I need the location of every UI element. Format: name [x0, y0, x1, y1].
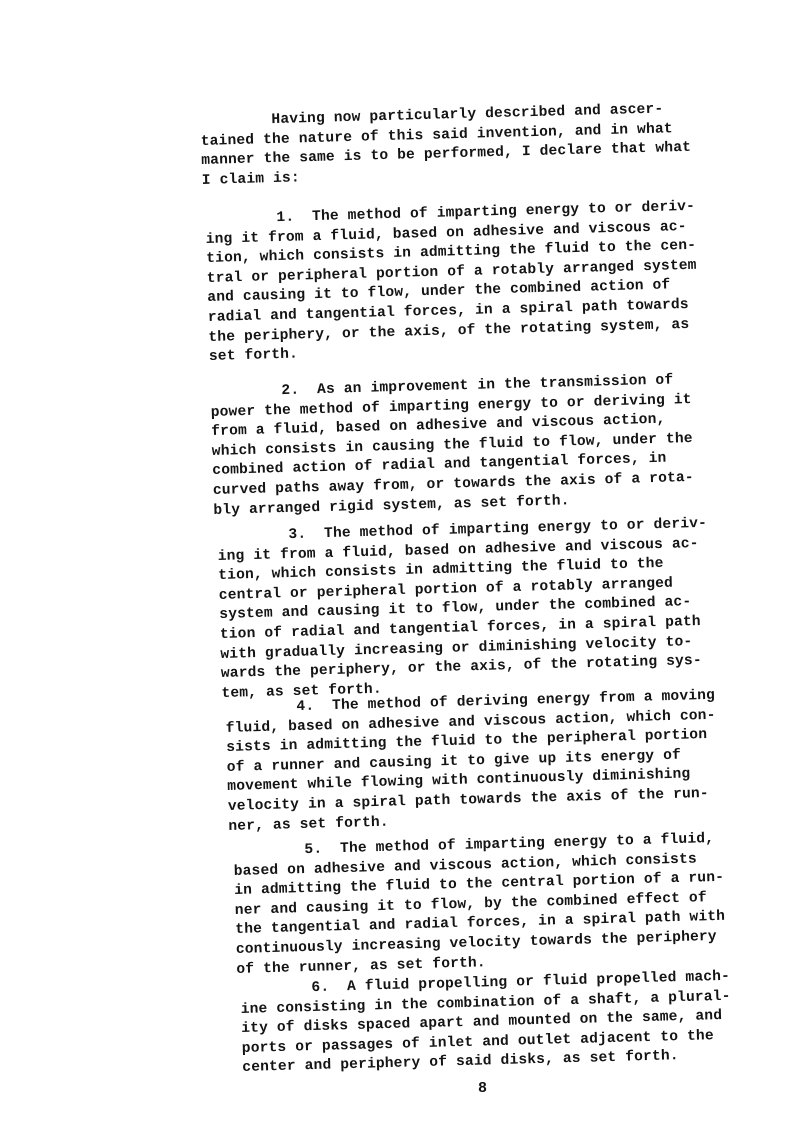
- claim-6-paragraph: 6. A fluid propelling or fluid propelled…: [240, 968, 732, 1079]
- preamble-paragraph: Having now particularly described and as…: [200, 100, 692, 192]
- claim-2-paragraph: 2. As an improvement in the transmission…: [210, 371, 695, 521]
- claim-4-paragraph: 4. The method of deriving energy from a …: [225, 687, 718, 837]
- claim-5-paragraph: 5. The method of imparting energy to a f…: [233, 830, 726, 980]
- document-page: Having now particularly described and as…: [0, 0, 807, 1146]
- page-number: 8: [478, 1080, 487, 1097]
- claim-1-paragraph: 1. The method of imparting energy to or …: [205, 198, 699, 368]
- claim-3-paragraph: 3. The method of imparting energy to or …: [217, 515, 712, 705]
